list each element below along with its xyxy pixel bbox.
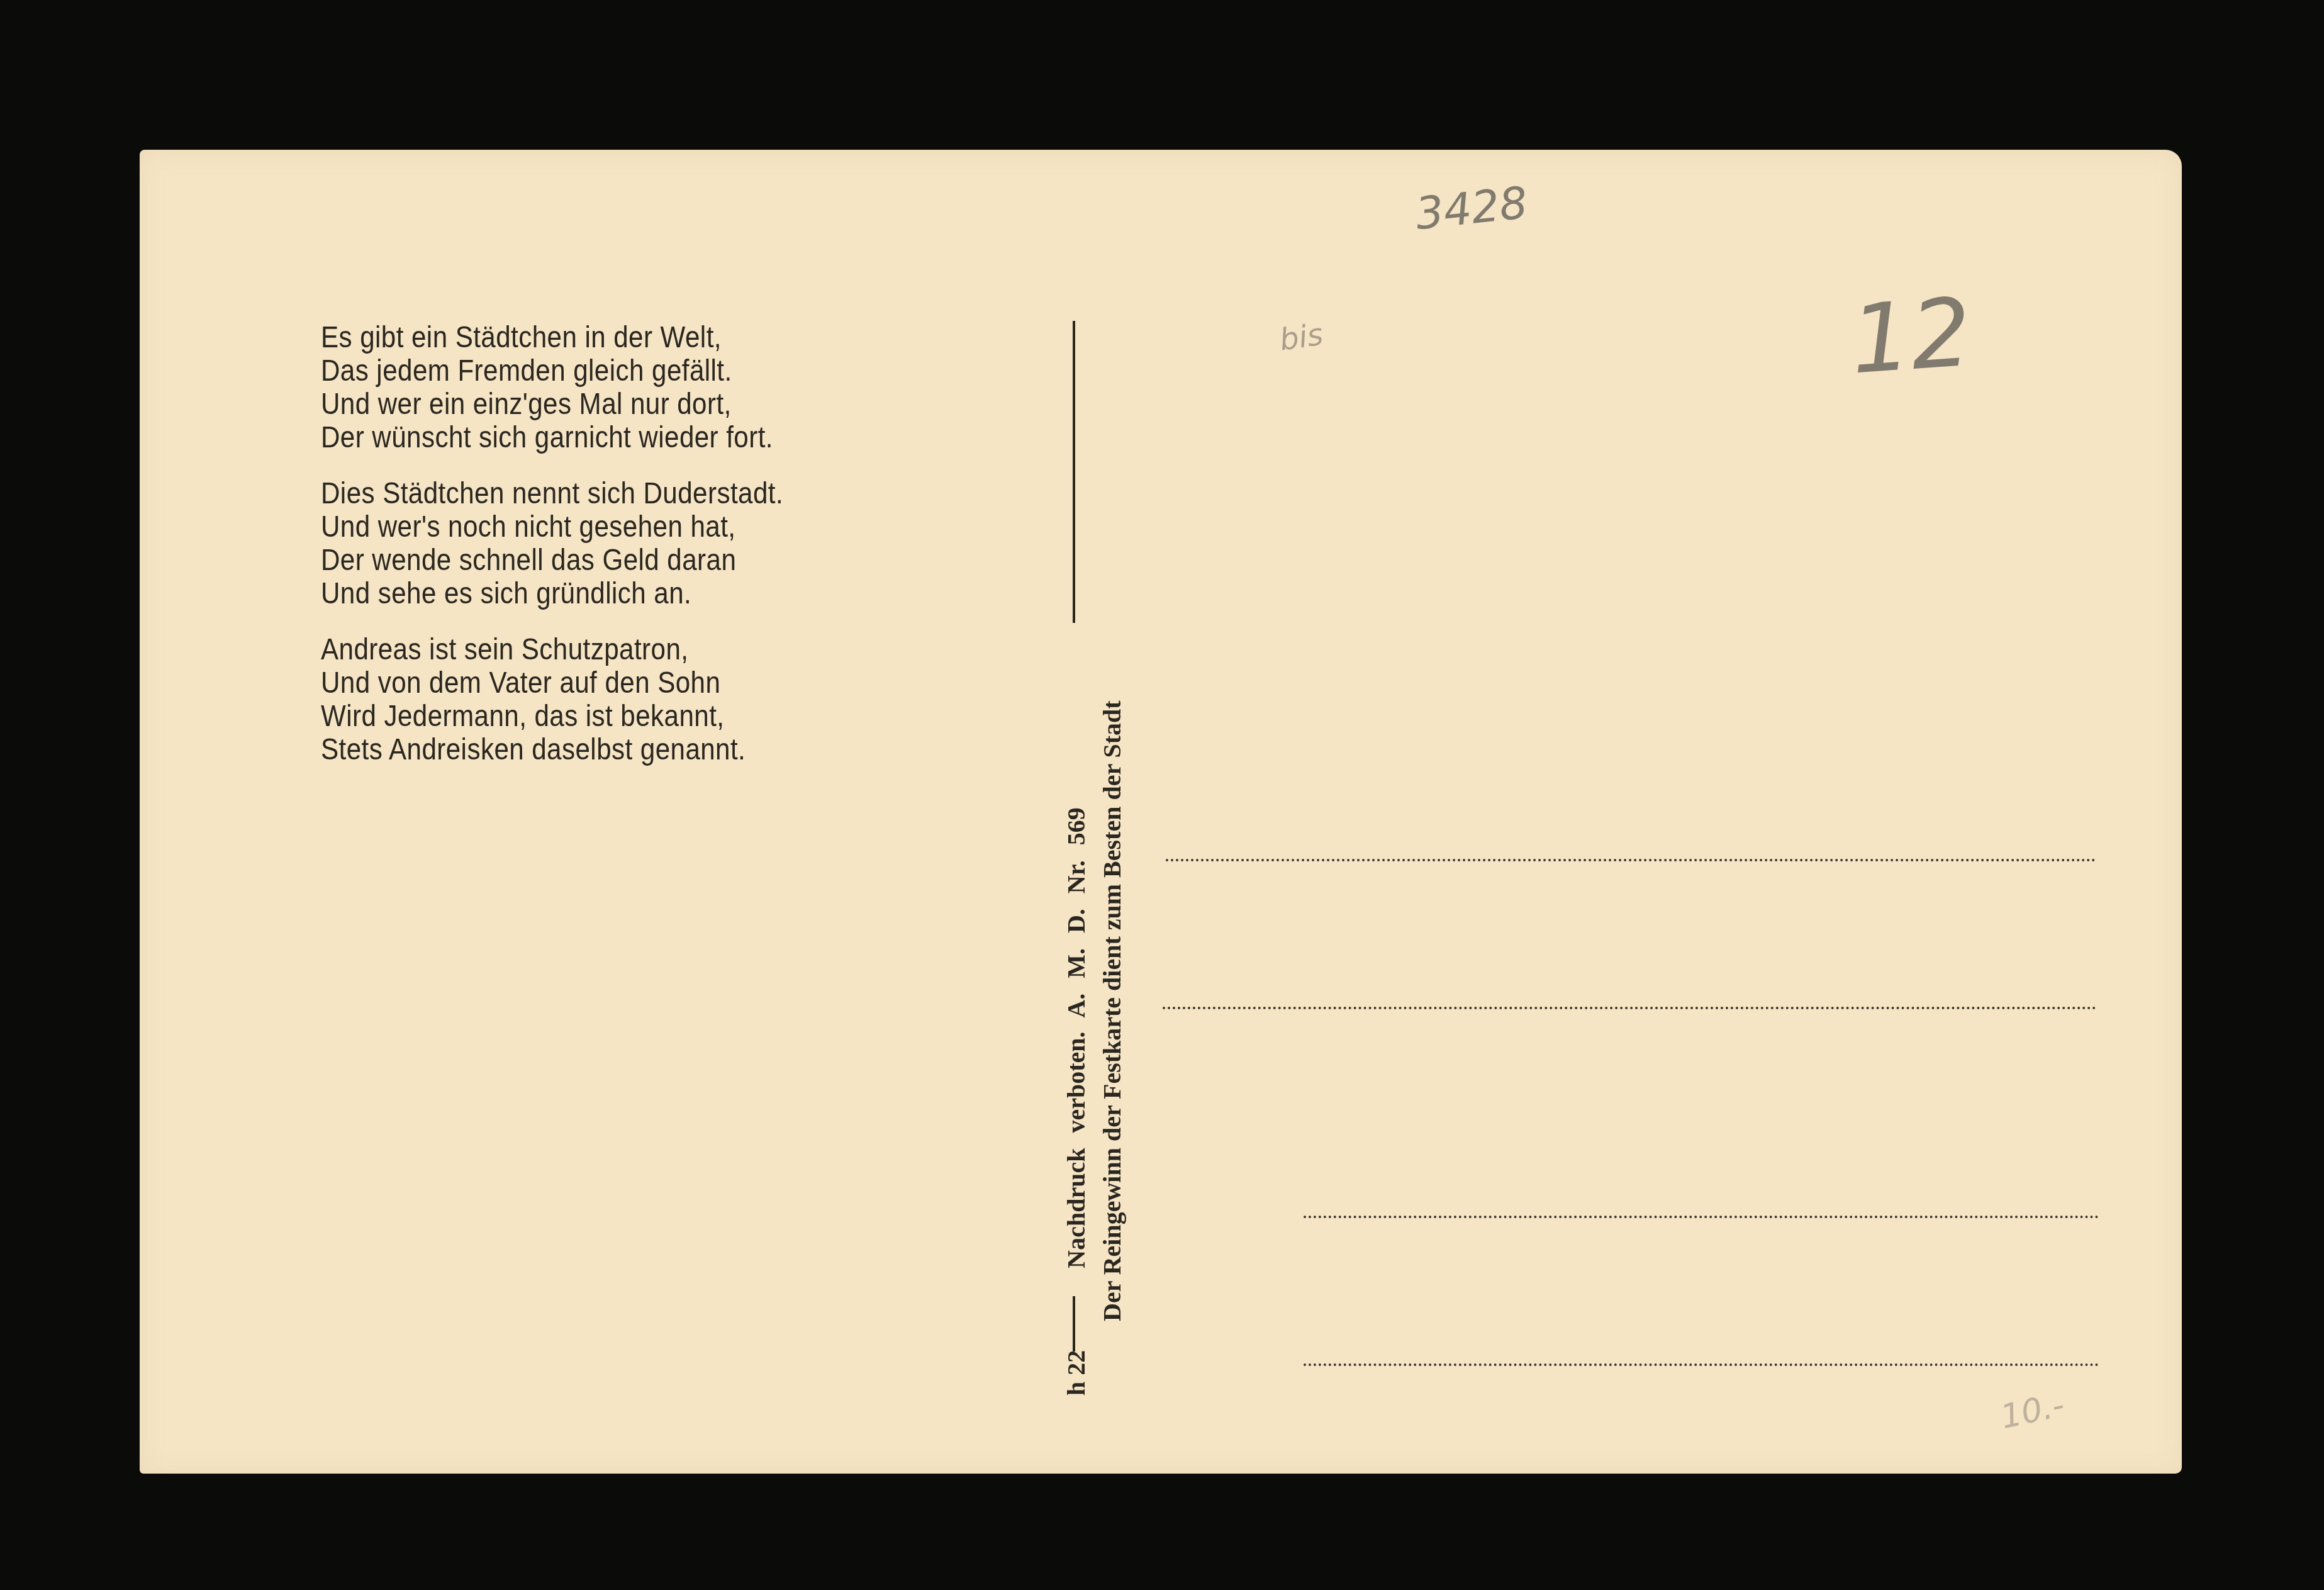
poem-line: Stets Andreisken daselbst genannt.: [321, 733, 783, 766]
handwritten-price: 10.-: [1997, 1386, 2068, 1436]
address-line-1: [1166, 859, 2096, 861]
poem-line: Der wende schnell das Geld daran: [321, 544, 783, 577]
stanza-2: Dies Städtchen nennt sich Duderstadt. Un…: [321, 477, 783, 610]
divider-line-1: h 22 Nachdruck verboten. A. M. D. Nr. 56…: [1061, 807, 1091, 1396]
postcard-back: Es gibt ein Städtchen in der Welt, Das j…: [140, 150, 2182, 1474]
poem-line: Das jedem Fremden gleich gefällt.: [321, 354, 783, 388]
poem-line: Und sehe es sich gründlich an.: [321, 577, 783, 610]
handwritten-inventory-number: 3428: [1413, 177, 1530, 240]
stanza-3: Andreas ist sein Schutzpatron, Und von d…: [321, 633, 783, 766]
address-line-2: [1163, 1007, 2096, 1009]
poem-line: Dies Städtchen nennt sich Duderstadt.: [321, 477, 783, 510]
poem-line: Es gibt ein Städtchen in der Welt,: [321, 321, 783, 354]
poem-line: Und wer's noch nicht gesehen hat,: [321, 510, 783, 544]
print-code: h 22: [1062, 1350, 1090, 1396]
address-line-3: [1304, 1216, 2099, 1218]
poem: Es gibt ein Städtchen in der Welt, Das j…: [321, 321, 783, 789]
poem-line: Andreas ist sein Schutzpatron,: [321, 633, 783, 666]
poem-line: Wird Jedermann, das ist bekannt,: [321, 700, 783, 733]
stanza-1: Es gibt ein Städtchen in der Welt, Das j…: [321, 321, 783, 454]
divider-line-2: Der Reingewinn der Festkarte dient zum B…: [1097, 700, 1127, 1321]
poem-line: Und wer ein einz'ges Mal nur dort,: [321, 388, 783, 421]
poem-line: Der wünscht sich garnicht wieder fort.: [321, 421, 783, 454]
divider-rule-top: [1073, 321, 1075, 623]
address-line-4: [1304, 1363, 2099, 1366]
proceeds-notice: Der Reingewinn der Festkarte dient zum B…: [1098, 700, 1126, 1321]
reprint-notice: Nachdruck verboten. A. M. D. Nr. 569: [1062, 807, 1090, 1268]
handwritten-note: bis: [1277, 316, 1325, 357]
poem-line: Und von dem Vater auf den Sohn: [321, 666, 783, 700]
handwritten-large-number: 12: [1847, 278, 1975, 396]
